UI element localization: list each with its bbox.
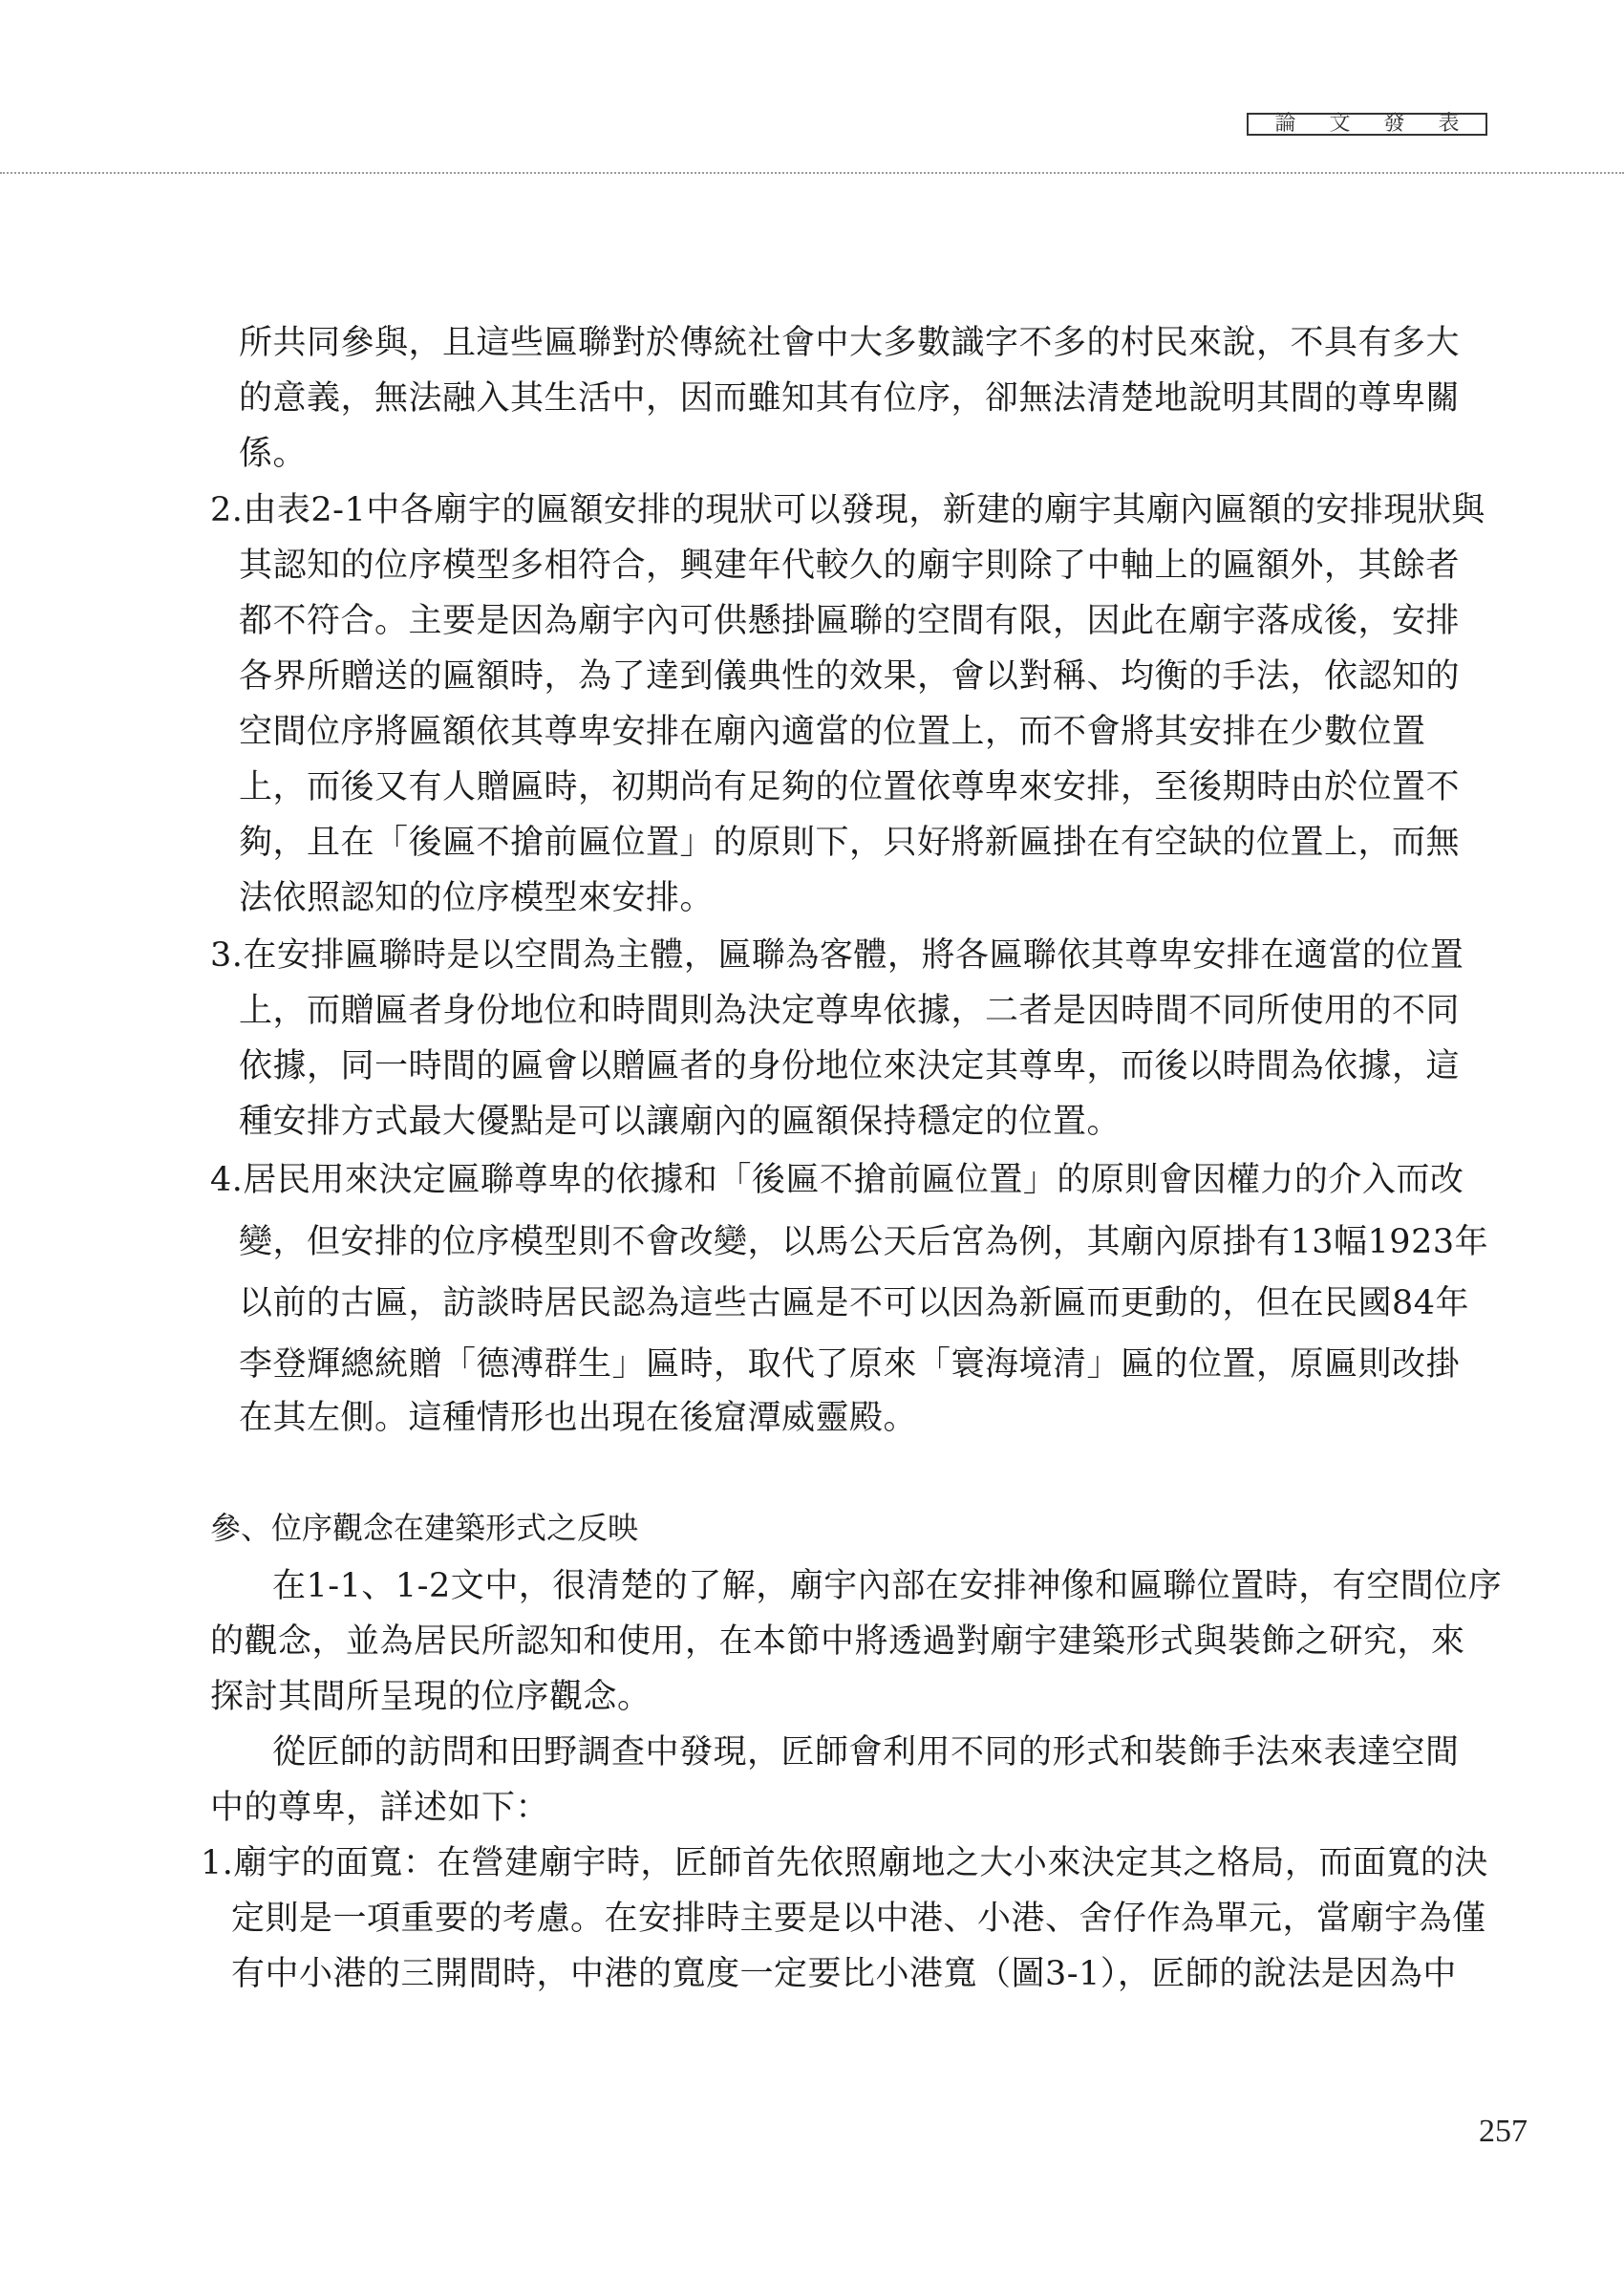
list-item-2-line: 法依照認知的位序模型來安排。 (239, 882, 714, 915)
header-dotted-divider (0, 172, 1624, 174)
continuation-line: 所共同參與，且這些匾聯對於傳統社會中大多數識字不多的村民來說，不具有多大 (239, 327, 1460, 360)
list-item-3-line: 種安排方式最大優點是可以讓廟內的匾額保持穩定的位置。 (239, 1106, 1121, 1139)
list-item-2-line: 其認知的位序模型多相符合，興建年代較久的廟宇則除了中軸上的匾額外，其餘者 (239, 549, 1460, 583)
continuation-line: 係。 (239, 438, 307, 471)
section-list-item-1-line: 有中小港的三開間時，中港的寬度一定要比小港寬（圖3-1），匠師的說法是因為中 (231, 1958, 1457, 1991)
running-header-section-label: 論 文 發 表 (1247, 113, 1487, 136)
section-paragraph-2-line: 從匠師的訪問和田野調查中發現，匠師會利用不同的形式和裝飾手法來表達空間 (272, 1736, 1460, 1770)
list-item-2-line: 2.由表2-1中各廟宇的匾額安排的現狀可以發現，新建的廟宇其廟內匾額的安排現狀與 (210, 494, 1485, 527)
list-item-2-line: 都不符合。主要是因為廟宇內可供懸掛匾聯的空間有限，因此在廟宇落成後，安排 (239, 605, 1460, 638)
continuation-line: 的意義，無法融入其生活中，因而雖知其有位序，卻無法清楚地說明其間的尊卑關 (239, 382, 1460, 416)
list-item-2-line: 夠，且在「後匾不搶前匾位置」的原則下，只好將新匾掛在有空缺的位置上，而無 (239, 827, 1460, 860)
list-item-4-line: 在其左側。這種情形也出現在後窟潭威靈殿。 (239, 1402, 917, 1435)
list-item-4-line: 李登輝總統贈「德溥群生」匾時，取代了原來「寰海境清」匾的位置，原匾則改掛 (239, 1348, 1460, 1382)
list-item-3-line: 依據，同一時間的匾會以贈匾者的身份地位來決定其尊卑，而後以時間為依據，這 (239, 1050, 1460, 1084)
section-heading: 參、位序觀念在建築形式之反映 (210, 1513, 638, 1543)
section-paragraph-1-line: 探討其間所呈現的位序觀念。 (210, 1681, 652, 1714)
list-item-2-line: 上，而後又有人贈匾時，初期尚有足夠的位置依尊卑來安排，至後期時由於位置不 (239, 771, 1460, 805)
list-item-2-line: 空間位序將匾額依其尊卑安排在廟內適當的位置上，而不會將其安排在少數位置 (239, 716, 1426, 749)
list-item-3-line: 上，而贈匾者身份地位和時間則為決定尊卑依據，二者是因時間不同所使用的不同 (239, 995, 1460, 1028)
page-number: 257 (1479, 2114, 1528, 2150)
section-paragraph-1-line: 的觀念，並為居民所認知和使用，在本節中將透過對廟宇建築形式與裝飾之研究，來 (210, 1625, 1465, 1659)
list-item-3-line: 3.在安排匾聯時是以空間為主體，匾聯為客體，將各匾聯依其尊卑安排在適當的位置 (210, 939, 1464, 973)
list-item-4-line: 以前的古匾，訪談時居民認為這些古匾是不可以因為新匾而更動的，但在民國84年 (239, 1287, 1469, 1321)
list-item-4-line: 變，但安排的位序模型則不會改變，以馬公天后宮為例，其廟內原掛有13幅1923年 (239, 1226, 1488, 1259)
list-item-2-line: 各界所贈送的匾額時，為了達到儀典性的效果，會以對稱、均衡的手法，依認知的 (239, 660, 1460, 694)
list-item-4-line: 4.居民用來決定匾聯尊卑的依據和「後匾不搶前匾位置」的原則會因權力的介入而改 (210, 1164, 1464, 1197)
section-list-item-1-line: 定則是一項重要的考慮。在安排時主要是以中港、小港、舍仔作為單元，當廟宇為僅 (231, 1902, 1486, 1936)
section-paragraph-2-line: 中的尊卑，詳述如下： (210, 1792, 549, 1825)
section-paragraph-1-line: 在1-1、1-2文中，很清楚的了解，廟宇內部在安排神像和匾聯位置時，有空間位序 (272, 1570, 1502, 1603)
section-list-item-1-line: 1.廟宇的面寬：在營建廟宇時，匠師首先依照廟地之大小來決定其之格局，而面寬的決 (201, 1847, 1488, 1880)
